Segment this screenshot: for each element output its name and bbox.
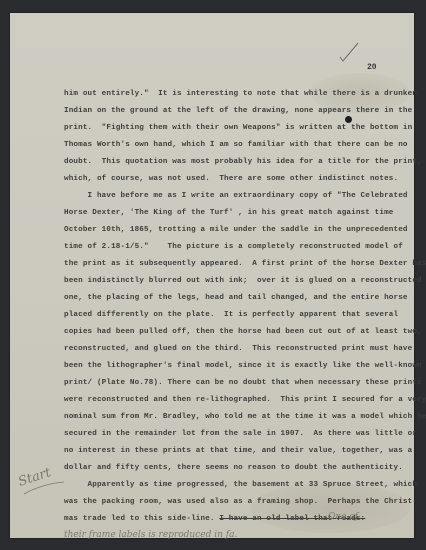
text-line: print/ (Plate No.78). There can be no do… — [64, 379, 422, 387]
check-mark-icon — [338, 41, 360, 63]
text-line: Apparently as time progressed, the basem… — [64, 481, 417, 489]
text-line: were reconstructed and then re-lithograp… — [64, 396, 426, 404]
text-line: him out entirely." It is interesting to … — [64, 90, 417, 98]
text-line: doubt. This quotation was most probably … — [64, 158, 422, 166]
paper-stain — [250, 483, 410, 533]
ink-blot — [345, 116, 352, 123]
text-line: secured in the remainder lot from the sa… — [64, 430, 417, 438]
text-line: the print as it subsequently appeared. A… — [64, 260, 426, 268]
handwritten-inline-note: One of — [328, 512, 358, 522]
text-line: been the lithographer's final model, sin… — [64, 362, 422, 370]
text-line: reconstructed, and glued on the third. T… — [64, 345, 412, 353]
text-line: no interest in these prints at that time… — [64, 447, 412, 455]
margin-underline-stroke — [22, 478, 66, 498]
text-line: was the packing room, was used also as a… — [64, 498, 417, 506]
text-line: I have before me as I write an extraordi… — [64, 192, 408, 200]
text-line: Indian on the ground at the left of the … — [64, 107, 412, 115]
text-line: Thomas Worth's own hand, which I am so f… — [64, 141, 408, 149]
text-line: copies had been pulled off, then the hor… — [64, 328, 422, 336]
text-line: October 10th, 1865, trotting a mile unde… — [64, 226, 408, 234]
text-line: Horse Dexter, 'The King of the Turf' , i… — [64, 209, 394, 217]
text-line: one, the placing of the legs, head and t… — [64, 294, 408, 302]
text-line: which, of course, was not used. There ar… — [64, 175, 398, 183]
text-line: been indistinctly blurred out with ink; … — [64, 277, 422, 285]
text-line: dollar and fifty cents, there seems no r… — [64, 464, 403, 472]
text-line: placed differently on the plate. It is p… — [64, 311, 398, 319]
text-line: mas trade led to this side-line. I have … — [64, 515, 365, 523]
text-line: print. "Fighting them with their own Wea… — [64, 124, 412, 132]
handwritten-last-line: their frame labels is reproduced in fa. — [64, 530, 237, 540]
text-line-start: mas trade led to this side-line. — [64, 515, 215, 523]
text-line: time of 2.18-1/5." The picture is a comp… — [64, 243, 403, 251]
page-number: 20 — [367, 63, 377, 72]
text-line: nominal sum from Mr. Bradley, who told m… — [64, 413, 426, 421]
